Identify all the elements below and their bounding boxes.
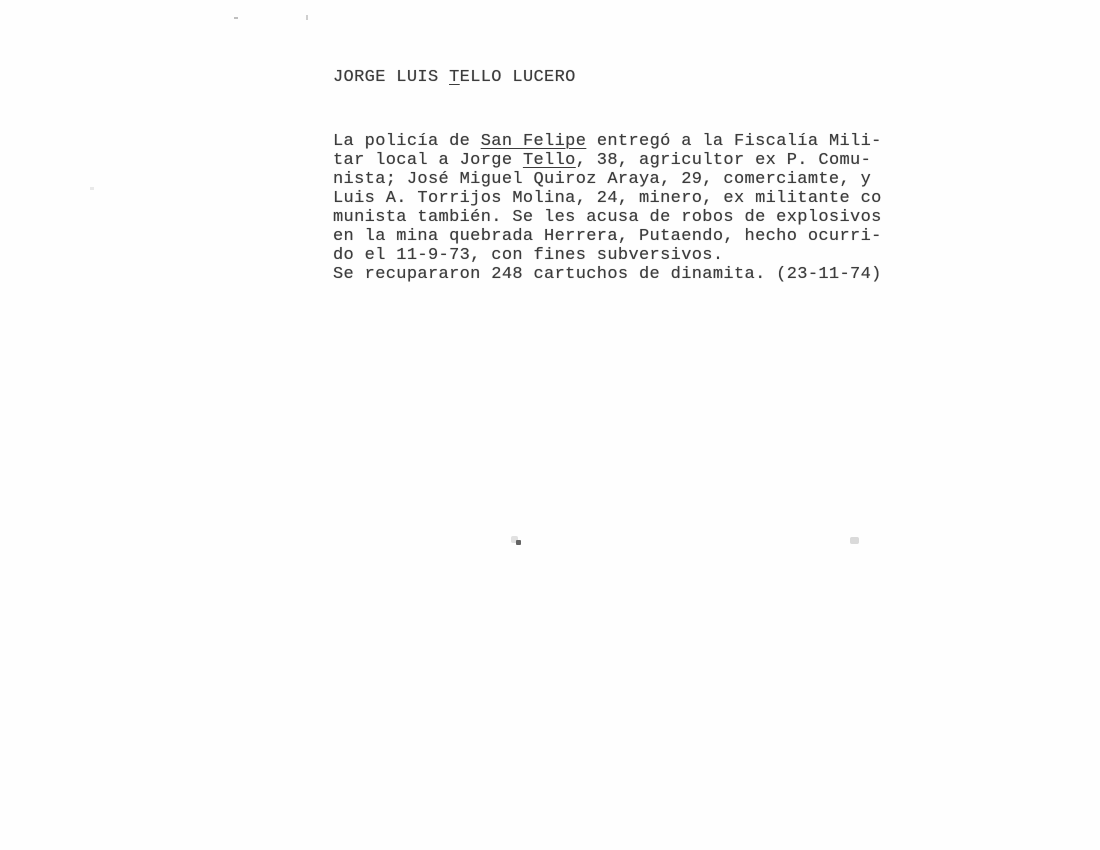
text-run: Luis A. Torrijos Molina, 24, minero, ex … <box>333 189 882 208</box>
text-run: Se recupararon 248 cartuchos de dinamita… <box>333 265 882 284</box>
text-run: munista también. Se les acusa de robos d… <box>333 208 882 227</box>
document-line: Se recupararon 248 cartuchos de dinamita… <box>333 265 885 284</box>
scan-speck <box>306 15 308 20</box>
scanned-page: JORGE LUIS TELLO LUCERO La policía de Sa… <box>0 0 1100 850</box>
typewritten-text-block: JORGE LUIS TELLO LUCERO La policía de Sa… <box>333 30 885 322</box>
document-line: Luis A. Torrijos Molina, 24, minero, ex … <box>333 189 885 208</box>
text-run: La policía de <box>333 132 481 151</box>
scan-speck <box>234 17 238 19</box>
document-body: La policía de San Felipe entregó a la Fi… <box>333 132 885 284</box>
scan-speck <box>516 540 521 545</box>
text-run: JORGE LUIS <box>333 68 449 87</box>
scan-speck <box>90 187 94 190</box>
document-line: La policía de San Felipe entregó a la Fi… <box>333 132 885 151</box>
text-run: , 38, agricultor ex P. Comu- <box>576 151 871 170</box>
text-run: entregó a la Fiscalía Mili- <box>586 132 881 151</box>
underlined-text-run: T <box>449 68 460 87</box>
document-line: tar local a Jorge Tello, 38, agricultor … <box>333 151 885 170</box>
document-line: en la mina quebrada Herrera, Putaendo, h… <box>333 227 885 246</box>
scan-speck <box>850 537 859 544</box>
underlined-text-run: Tello <box>523 151 576 170</box>
document-line: do el 11-9-73, con fines subversivos. <box>333 246 885 265</box>
underlined-text-run: San Felipe <box>481 132 587 151</box>
text-run: do el 11-9-73, con fines subversivos. <box>333 246 723 265</box>
text-run: ELLO LUCERO <box>460 68 576 87</box>
text-run: tar local a Jorge <box>333 151 523 170</box>
text-run: en la mina quebrada Herrera, Putaendo, h… <box>333 227 882 246</box>
document-title: JORGE LUIS TELLO LUCERO <box>333 68 885 87</box>
text-run: nista; José Miguel Quiroz Araya, 29, com… <box>333 170 871 189</box>
document-line: munista también. Se les acusa de robos d… <box>333 208 885 227</box>
document-line: nista; José Miguel Quiroz Araya, 29, com… <box>333 170 885 189</box>
